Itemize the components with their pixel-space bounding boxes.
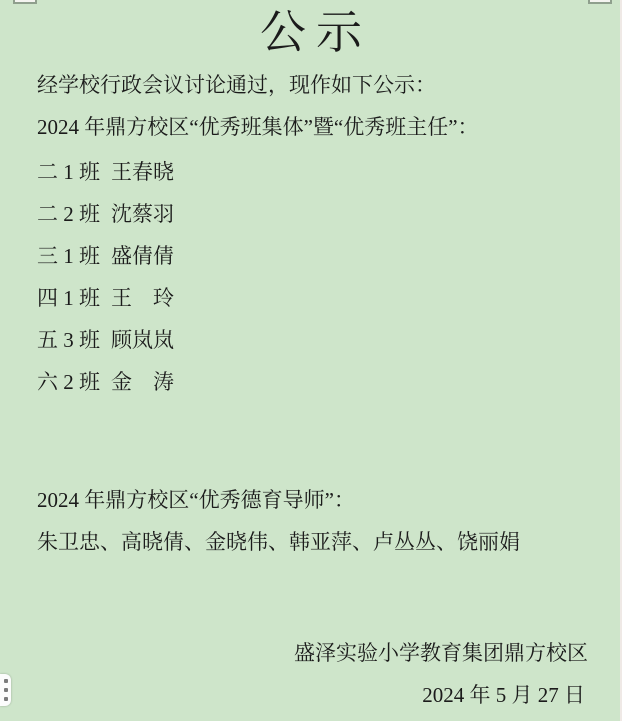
left-drag-handle[interactable] <box>0 674 11 706</box>
class-label: 四 1 班 <box>37 286 100 310</box>
section2-heading: 2024 年鼎方校区“优秀德育导师”： <box>37 487 355 513</box>
intro-paragraph: 经学校行政会议讨论通过，现作如下公示： <box>37 72 436 98</box>
signature-date: 2024 年 5 月 27 日 <box>422 682 585 708</box>
teacher-name: 金 涛 <box>111 370 174 394</box>
class-label: 六 2 班 <box>37 370 100 394</box>
teacher-name: 盛倩倩 <box>111 244 174 268</box>
class-label: 二 2 班 <box>37 202 100 226</box>
class-label: 五 3 班 <box>37 328 100 352</box>
awardee-row: 二 1 班王春晓 <box>37 159 174 185</box>
awardee-row: 四 1 班王 玲 <box>37 285 174 311</box>
awardee-row: 六 2 班金 涛 <box>37 369 174 395</box>
class-label: 三 1 班 <box>37 244 100 268</box>
awardee-row: 二 2 班沈蔡羽 <box>37 201 174 227</box>
section1-heading: 2024 年鼎方校区“优秀班集体”暨“优秀班主任”： <box>37 114 479 140</box>
teacher-name: 王春晓 <box>111 160 174 184</box>
handle-dot <box>4 697 8 701</box>
section2-names: 朱卫忠、高晓倩、金晓伟、韩亚萍、卢丛丛、饶丽娟 <box>37 529 520 555</box>
teacher-name: 顾岚岚 <box>111 328 174 352</box>
teacher-name: 沈蔡羽 <box>111 202 174 226</box>
signature-organization: 盛泽实验小学教育集团鼎方校区 <box>294 640 588 666</box>
announcement-document: 公示 经学校行政会议讨论通过，现作如下公示： 2024 年鼎方校区“优秀班集体”… <box>0 0 622 721</box>
handle-dot <box>4 688 8 692</box>
teacher-name: 王 玲 <box>111 286 174 310</box>
class-label: 二 1 班 <box>37 160 100 184</box>
awardee-row: 五 3 班顾岚岚 <box>37 327 174 353</box>
awardee-row: 三 1 班盛倩倩 <box>37 243 174 269</box>
page-title: 公示 <box>0 4 622 62</box>
handle-dot <box>4 679 8 683</box>
